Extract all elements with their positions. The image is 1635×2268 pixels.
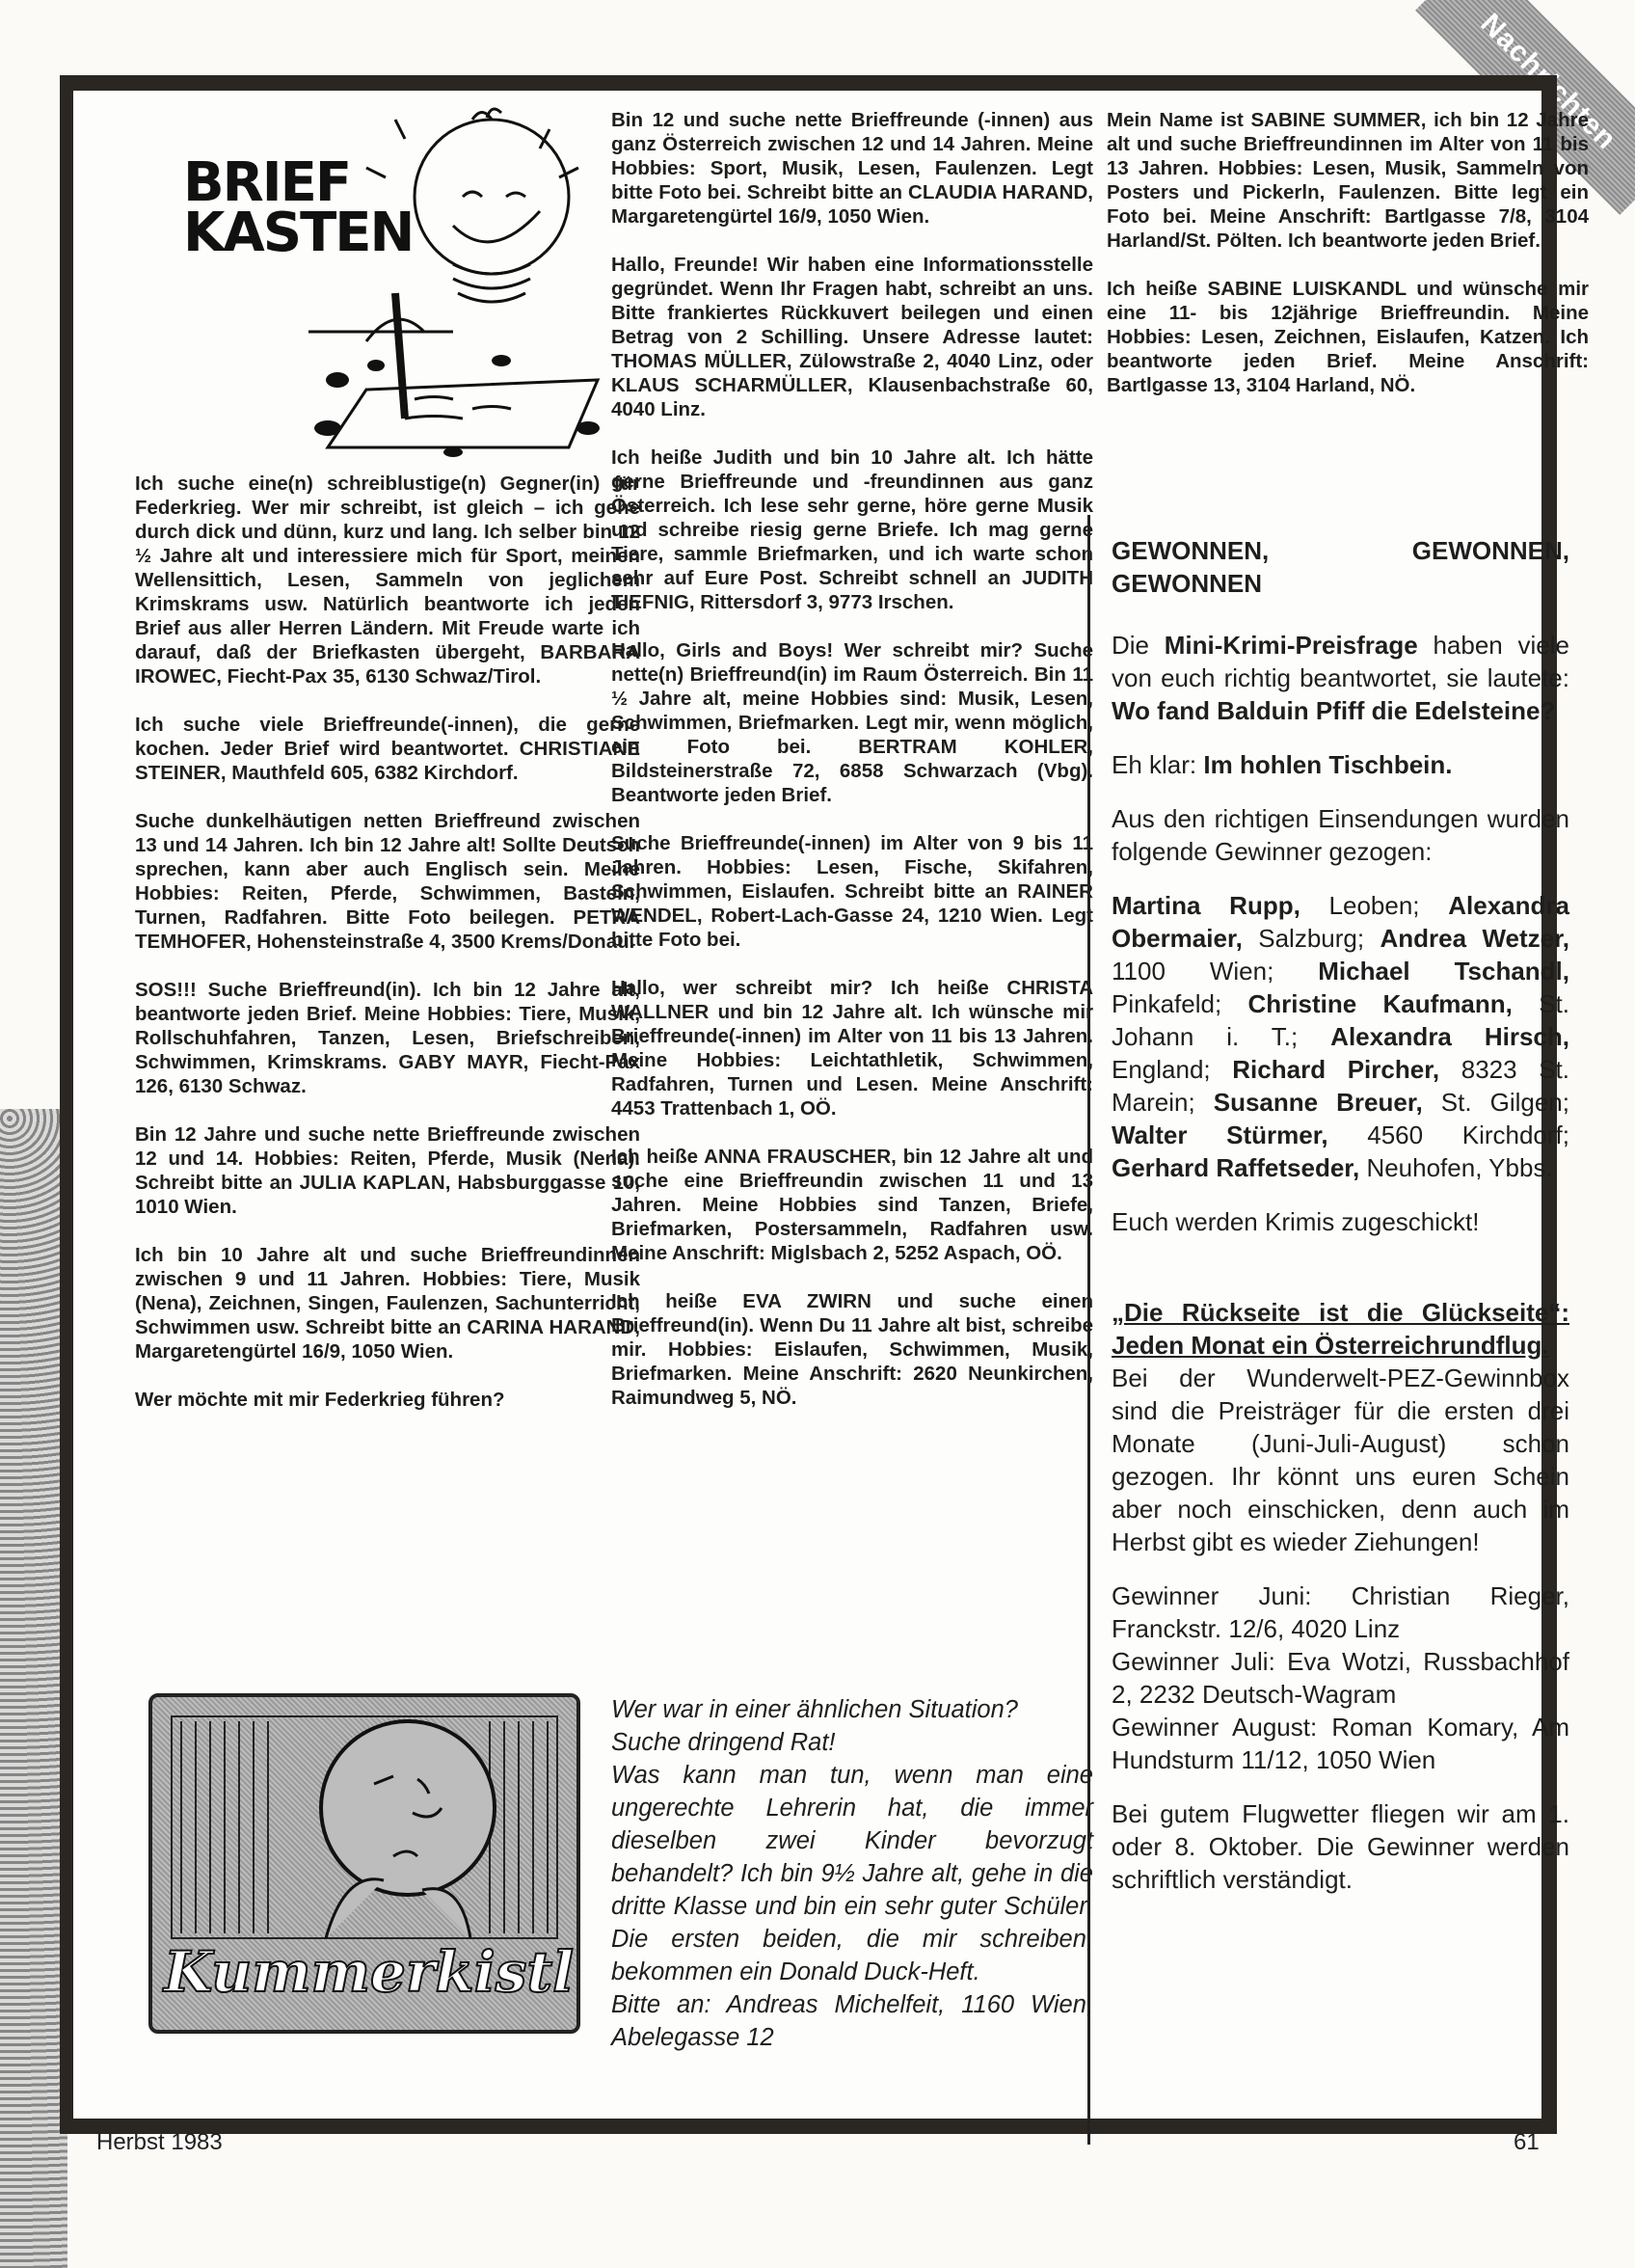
winner-name: Alexandra Hirsch,	[1330, 1022, 1569, 1051]
contest-name: Mini-Krimi-Preisfrage	[1165, 631, 1418, 660]
letter-judith-tiefnig: Ich heiße Judith und bin 10 Jahre alt. I…	[611, 445, 1093, 614]
letter-informationsstelle: Hallo, Freunde! Wir haben eine Informati…	[611, 253, 1093, 421]
help-line-1: Wer war in einer ähnlichen Situation?	[611, 1693, 1093, 1726]
letter-anna-frauscher: Ich heiße ANNA FRAUSCHER, bin 12 Jahre a…	[611, 1145, 1093, 1265]
contest-question: Wo fand Balduin Pfiff die Edelsteine?	[1112, 696, 1555, 725]
flight-heading: „Die Rückseite ist die Glückseite“: Jede…	[1112, 1296, 1569, 1362]
winner-name: Christine Kaufmann,	[1248, 989, 1513, 1018]
letter-rainer-wendel: Suche Brieffreunde(-innen) im Alter von …	[611, 831, 1093, 952]
page-number: 61	[1514, 2129, 1540, 2156]
flight-text: Bei der Wunderwelt-PEZ-Gewinnbox sind di…	[1112, 1362, 1569, 1558]
kummerkistl-letter: Wer war in einer ähnlichen Situation? Su…	[611, 1693, 1093, 2054]
winner-name: Richard Pircher,	[1232, 1055, 1439, 1084]
prize-heading: GEWONNEN, GEWONNEN, GEWONNEN	[1112, 534, 1569, 600]
winner-name: Andrea Wetzer,	[1380, 924, 1569, 953]
winner-place: St. Gilgen;	[1423, 1088, 1569, 1117]
letter-gaby-mayr: SOS!!! Suche Brieffreund(in). Ich bin 12…	[135, 978, 640, 1098]
monthly-winner-july: Gewinner Juli: Eva Wotzi, Russbachhof 2,…	[1112, 1645, 1569, 1711]
prize-answer: Eh klar: Im hohlen Tischbein.	[1112, 748, 1569, 781]
letter-barbara-irowec: Ich suche eine(n) schreiblustige(n) Gegn…	[135, 472, 640, 688]
winner-place: 4560 Kirchdorf;	[1328, 1120, 1569, 1149]
help-line-3: Was kann man tun, wenn man eine ungerech…	[611, 1759, 1093, 1988]
answer-prefix: Eh klar:	[1112, 750, 1203, 779]
winner-place: Leoben;	[1300, 891, 1448, 920]
page-frame: BRIEF KASTEN	[60, 75, 1557, 2134]
column-left: BRIEF KASTEN	[135, 91, 640, 1436]
background-photo-edge	[0, 1109, 67, 2268]
monthly-winner-june: Gewinner Juni: Christian Rieger, Francks…	[1112, 1579, 1569, 1645]
letter-julia-kaplan: Bin 12 Jahre und suche nette Brieffreund…	[135, 1122, 640, 1219]
letter-sabine-summer: Mein Name ist SABINE SUMMER, ich bin 12 …	[1107, 108, 1589, 253]
winner-name: Susanne Breuer,	[1214, 1088, 1423, 1117]
kummerkistl-logo: Kummerkistl	[135, 1693, 586, 2060]
prize-intro: Die Mini-Krimi-Preisfrage haben viele vo…	[1112, 629, 1569, 727]
contest-answer: Im hohlen Tischbein.	[1203, 750, 1452, 779]
krimis-note: Euch werden Krimis zugeschickt!	[1112, 1205, 1569, 1238]
flight-closing: Bei gutem Flugwetter fliegen wir am 1. o…	[1112, 1797, 1569, 1896]
letter-claudia-harand: Bin 12 und suche nette Brieffreunde (-in…	[611, 108, 1093, 229]
letter-christa-wallner: Hallo, wer schreibt mir? Ich heiße CHRIS…	[611, 976, 1093, 1120]
briefkasten-logo: BRIEF KASTEN	[135, 91, 640, 472]
winner-name: Walter Stürmer,	[1112, 1120, 1328, 1149]
winners-intro: Aus den richtigen Einsendungen wurden fo…	[1112, 802, 1569, 868]
letter-petra-temhofer: Suche dunkelhäutigen netten Brieffreund …	[135, 809, 640, 954]
column-middle: Bin 12 und suche nette Brieffreunde (-in…	[611, 91, 1093, 1434]
issue-label: Herbst 1983	[96, 2129, 223, 2156]
prize-announcement-box: GEWONNEN, GEWONNEN, GEWONNEN Die Mini-Kr…	[1087, 515, 1569, 2145]
letter-carina-harand: Ich bin 10 Jahre alt und suche Brieffreu…	[135, 1243, 640, 1363]
winner-name: Michael Tschandl,	[1318, 957, 1569, 985]
letter-sabine-luiskandl: Ich heiße SABINE LUISKANDL und wünsche m…	[1107, 277, 1589, 397]
help-line-2: Suche dringend Rat!	[611, 1726, 1093, 1759]
winner-place: 1100 Wien;	[1112, 957, 1318, 985]
help-line-4: Bitte an: Andreas Michelfeit, 1160 Wien,…	[611, 1988, 1093, 2054]
winner-place: Neuhofen, Ybbs.	[1359, 1153, 1552, 1182]
letter-federkrieg-question: Wer möchte mit mir Federkrieg führen?	[135, 1388, 640, 1412]
letter-bertram-kohler: Hallo, Girls and Boys! Wer schreibt mir?…	[611, 638, 1093, 807]
winner-name: Gerhard Raffetseder,	[1112, 1153, 1359, 1182]
column-right: Mein Name ist SABINE SUMMER, ich bin 12 …	[1107, 91, 1589, 421]
lightbulb-writing-letter-icon	[308, 100, 627, 457]
winner-name: Martina Rupp,	[1112, 891, 1300, 920]
winner-place: England;	[1112, 1055, 1232, 1084]
monthly-winner-august: Gewinner August: Roman Komary, Am Hundst…	[1112, 1711, 1569, 1776]
letter-eva-zwirn: Ich heiße EVA ZWIRN und suche einen Brie…	[611, 1289, 1093, 1410]
winners-list: Martina Rupp, Leoben; Alexandra Obermaie…	[1112, 889, 1569, 1184]
letter-christiane-steiner: Ich suche viele Brieffreunde(-innen), di…	[135, 713, 640, 785]
intro-text: Die	[1112, 631, 1165, 660]
winner-place: Pinkafeld;	[1112, 989, 1248, 1018]
winner-place: Salzburg;	[1243, 924, 1380, 953]
kummerkistl-label: Kummerkistl	[164, 1939, 549, 2005]
